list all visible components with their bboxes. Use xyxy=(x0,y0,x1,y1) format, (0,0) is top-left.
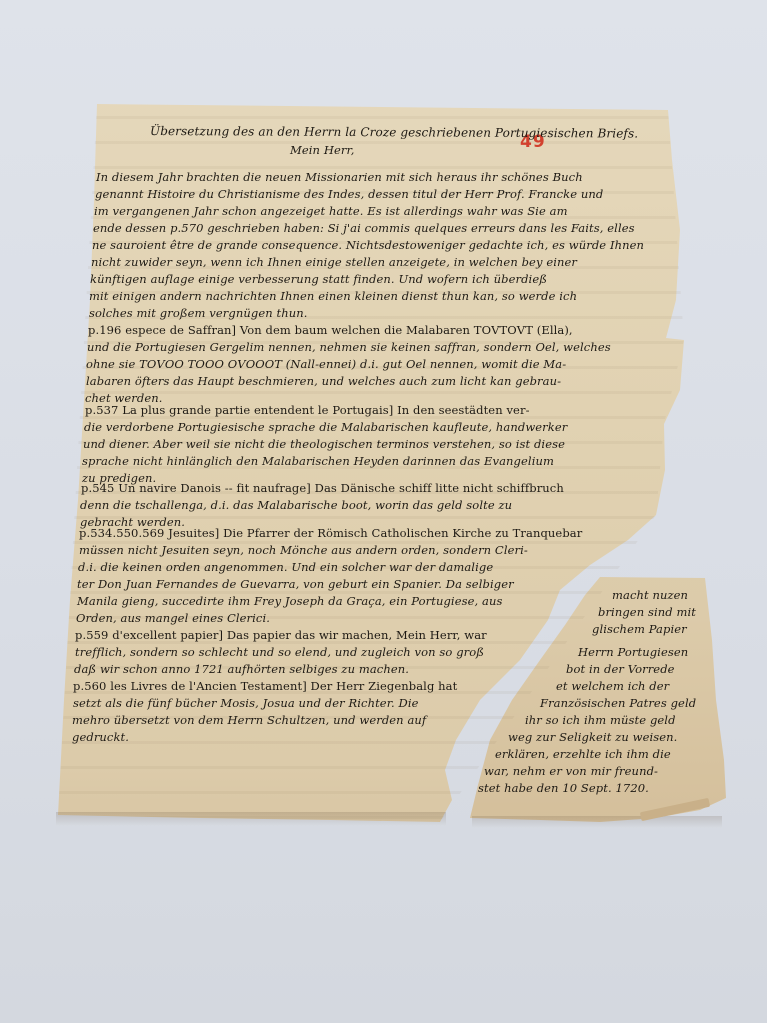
manuscript-line: weg zur Seligkeit zu weisen. xyxy=(508,730,677,744)
manuscript-photo: 49 Übersetzung des an den Herrn la Croze… xyxy=(0,0,767,1023)
page-reference-line: p.537 La plus grande partie entendent le… xyxy=(85,403,530,417)
manuscript-line: müssen nicht Jesuiten seyn, noch Mönche … xyxy=(79,543,528,557)
manuscript-line: und diener. Aber weil sie nicht die theo… xyxy=(83,437,565,451)
manuscript-line: setzt als die fünf bücher Mosis, Josua u… xyxy=(73,696,419,710)
manuscript-line: künftigen auflage einige verbesserung st… xyxy=(90,272,547,286)
page-reference-line: p.534.550.569 Jesuites] Die Pfarrer der … xyxy=(79,526,582,540)
manuscript-line: glischem Papier xyxy=(592,622,687,636)
manuscript-line: solches mit großem vergnügen thun. xyxy=(89,306,308,320)
manuscript-line: sprache nicht hinlänglich den Malabarisc… xyxy=(82,454,554,468)
manuscript-line: daß wir schon anno 1721 aufhörten selbig… xyxy=(74,662,409,676)
manuscript-line: stet habe den 10 Sept. 1720. xyxy=(478,781,649,795)
manuscript-line: die verdorbene Portugiesische sprache di… xyxy=(84,420,567,434)
manuscript-line: et welchem ich der xyxy=(556,679,669,693)
manuscript-line: Orden, aus mangel eines Clerici. xyxy=(76,611,270,625)
manuscript-line: ne sauroient être de grande consequence.… xyxy=(92,238,644,252)
manuscript-line: nicht zuwider seyn, wenn ich Ihnen einig… xyxy=(91,255,577,269)
manuscript-line: erklären, erzehlte ich ihm die xyxy=(495,747,671,761)
paper-shadow xyxy=(56,812,446,826)
page-reference-line: p.560 les Livres de l'Ancien Testament] … xyxy=(73,679,457,693)
manuscript-line: bringen sind mit xyxy=(598,605,696,619)
manuscript-line: Herrn Portugiesen xyxy=(578,645,688,659)
manuscript-line: In diesem Jahr brachten die neuen Missio… xyxy=(96,170,583,184)
manuscript-line: Französischen Patres geld xyxy=(540,696,696,710)
manuscript-line: d.i. die keinen orden angenommen. Und ei… xyxy=(78,560,493,574)
page-reference-line: p.559 d'excellent papier] Das papier das… xyxy=(75,628,487,642)
page-reference-line: p.196 espece de Saffran] Von dem baum we… xyxy=(88,323,573,337)
manuscript-line: und die Portugiesen Gergelim nennen, neh… xyxy=(87,340,611,354)
manuscript-line: denn die tschallenga, d.i. das Malabaris… xyxy=(80,498,512,512)
manuscript-line: ter Don Juan Fernandes de Guevarra, von … xyxy=(77,577,514,591)
manuscript-line: ohne sie ТОVОО ТООО ОVОООТ (Nall-ennei) … xyxy=(86,357,566,371)
paper-shadow xyxy=(472,816,722,828)
manuscript-line: gedruckt. xyxy=(72,730,129,744)
manuscript-line: genannt Histoire du Christianisme des In… xyxy=(95,187,603,201)
salutation: Mein Herr, xyxy=(290,143,355,157)
manuscript-line: labaren öfters das Haupt beschmieren, un… xyxy=(86,374,561,388)
manuscript-line: mit einigen andern nachrichten Ihnen ein… xyxy=(89,289,577,303)
manuscript-line: Manila gieng, succedirte ihm Frey Joseph… xyxy=(77,594,503,608)
page-reference-line: p.545 Un navire Danois -- fit naufrage] … xyxy=(81,481,564,495)
manuscript-line: trefflich, sondern so schlecht und so el… xyxy=(75,645,484,659)
manuscript-line: mehro übersetzt von dem Herrn Schultzen,… xyxy=(72,713,426,727)
manuscript-line: ende dessen p.570 geschrieben haben: Si … xyxy=(93,221,635,235)
manuscript-line: ihr so ich ihm müste geld xyxy=(525,713,676,727)
manuscript-line: war, nehm er von mir freund- xyxy=(484,764,658,778)
manuscript-line: bot in der Vorrede xyxy=(566,662,675,676)
manuscript-line: im vergangenen Jahr schon angezeiget hat… xyxy=(94,204,568,218)
manuscript-line: macht nuzen xyxy=(612,588,688,602)
document-title: Übersetzung des an den Herrn la Croze ge… xyxy=(150,124,638,141)
